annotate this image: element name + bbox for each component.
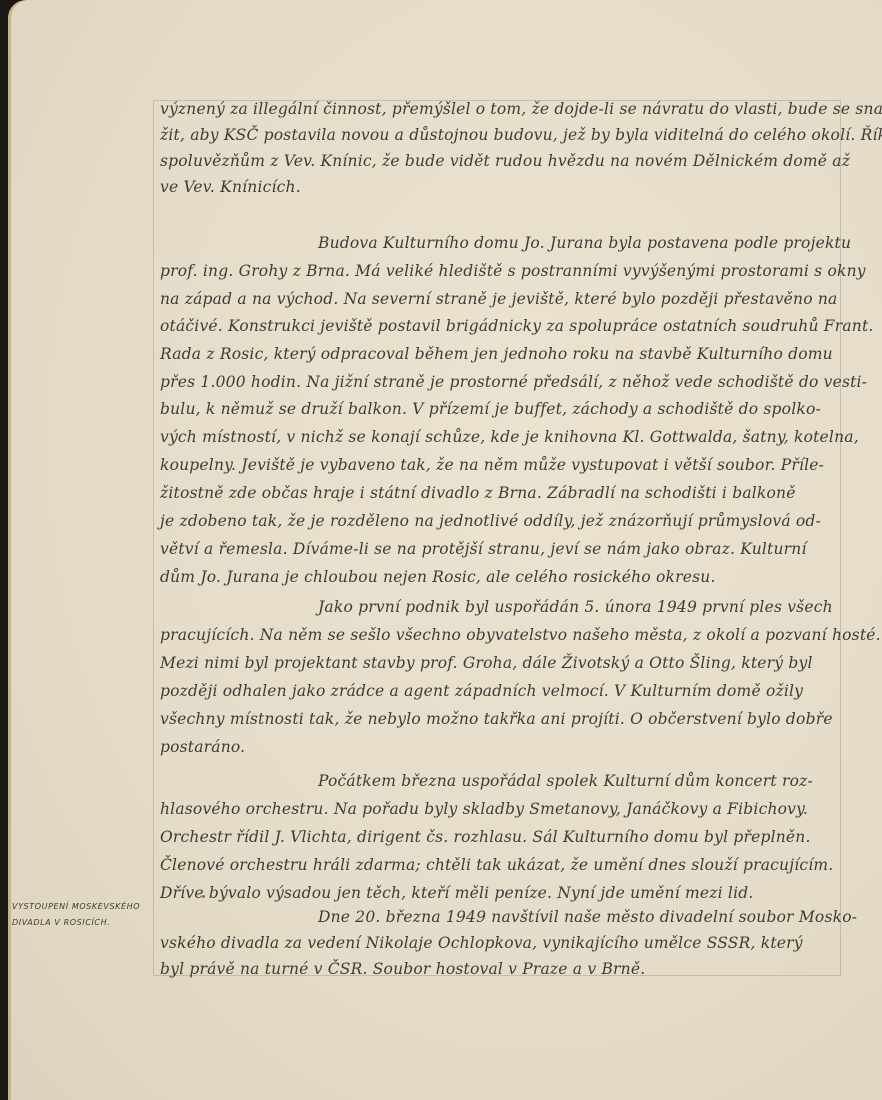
- text-line: přes 1.000 hodin. Na jižní straně je pro…: [160, 373, 867, 391]
- text-line: Rada z Rosic, který odpracoval během jen…: [160, 345, 833, 363]
- text-line: Orchestr řídil J. Vlichta, dirigent čs. …: [160, 828, 811, 846]
- text-line: později odhalen jako zrádce a agent zápa…: [160, 682, 803, 700]
- text-line: žitostně zde občas hraje i státní divadl…: [160, 484, 796, 502]
- document-page: Vystoupení moskevského divadla v Rosicíc…: [8, 0, 882, 1100]
- text-line: bulu, k němuž se druží balkon. V přízemí…: [160, 400, 821, 418]
- paragraph-start-line: Budova Kulturního domu Jo. Jurana byla p…: [318, 234, 851, 252]
- text-line: hlasového orchestru. Na pořadu byly skla…: [160, 800, 808, 818]
- text-line: na západ a na východ. Na severní straně …: [160, 290, 838, 308]
- text-line: větví a řemesla. Díváme-li se na protějš…: [160, 540, 807, 558]
- text-line: prof. ing. Grohy z Brna. Má veliké hledi…: [160, 262, 866, 280]
- text-line: Dříve bývalo výsadou jen těch, kteří měl…: [160, 884, 753, 902]
- text-line: otáčivé. Konstrukci jeviště postavil bri…: [160, 317, 874, 335]
- text-line: byl právě na turné v ČSR. Soubor hostova…: [160, 960, 645, 978]
- text-line: význený za illegální činnost, přemýšlel …: [160, 100, 882, 118]
- text-line: žit, aby KSČ postavila novou a důstojnou…: [160, 126, 882, 144]
- text-line: Mezi nimi byl projektant stavby prof. Gr…: [160, 654, 813, 672]
- paragraph-start-line: Dne 20. března 1949 navštívil naše město…: [318, 908, 857, 926]
- margin-note-line: divadla v Rosicích.: [12, 918, 110, 927]
- text-line: postaráno.: [160, 738, 245, 756]
- text-line: vých místností, v nichž se konají schůze…: [160, 428, 859, 446]
- text-line: všechny místnosti tak, že nebylo možno t…: [160, 710, 833, 728]
- text-line: Členové orchestru hráli zdarma; chtěli t…: [160, 856, 833, 874]
- text-line: dům Jo. Jurana je chloubou nejen Rosic, …: [160, 568, 716, 586]
- margin-note-line: Vystoupení moskevského: [12, 902, 140, 911]
- text-line: spoluvězňům z Vev. Knínic, že bude vidět…: [160, 152, 850, 170]
- text-line: ve Vev. Knínicích.: [160, 178, 301, 196]
- text-line: vského divadla za vedení Nikolaje Ochlop…: [160, 934, 803, 952]
- text-line: koupelny. Jeviště je vybaveno tak, že na…: [160, 456, 824, 474]
- text-line: pracujících. Na něm se sešlo všechno oby…: [160, 626, 881, 644]
- paragraph-start-line: Jako první podnik byl uspořádán 5. února…: [318, 598, 833, 616]
- paragraph-start-line: Počátkem března uspořádal spolek Kulturn…: [318, 772, 813, 790]
- text-line: je zdobeno tak, že je rozděleno na jedno…: [160, 512, 821, 530]
